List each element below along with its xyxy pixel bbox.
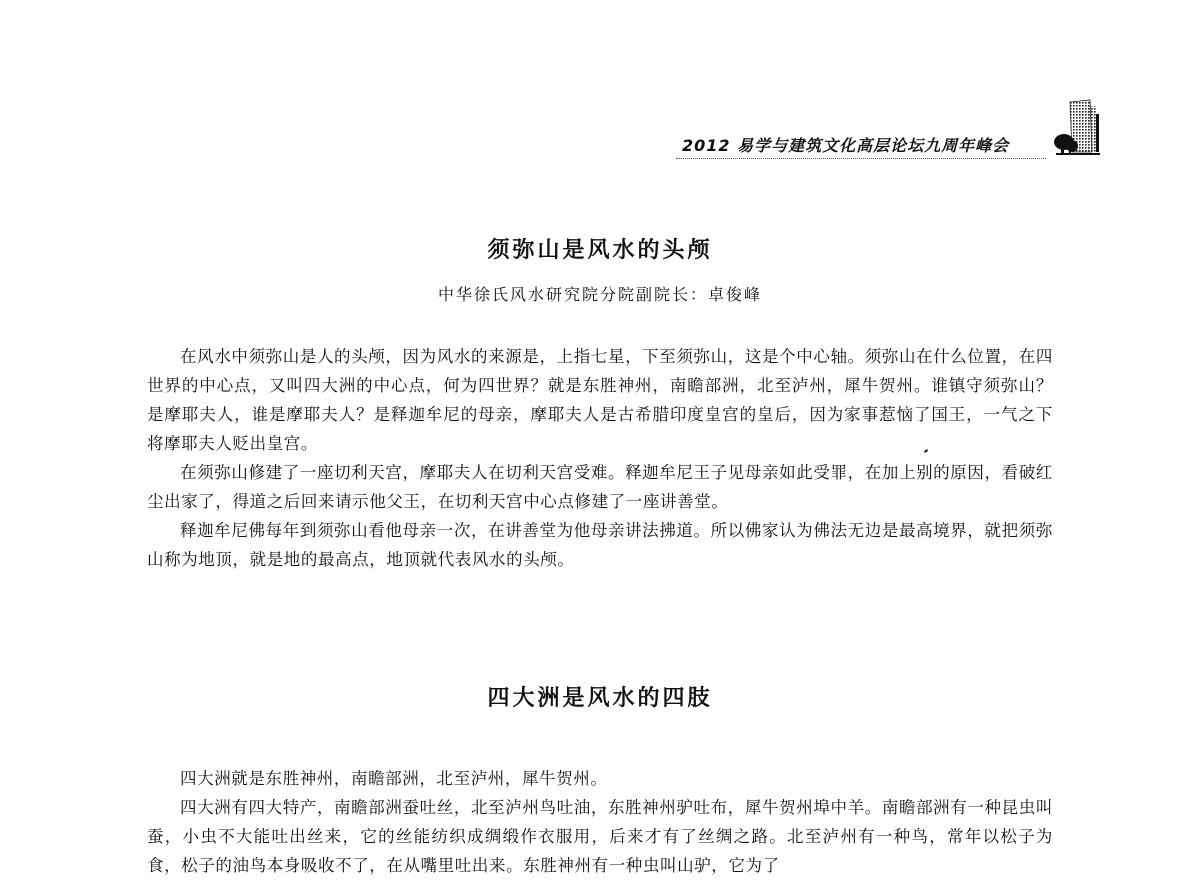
- paragraph: 四大洲就是东胜神州，南瞻部洲，北至泸州，犀牛贺州。: [147, 764, 1053, 793]
- running-header-text: 2012 易学与建筑文化高层论坛九周年峰会: [682, 133, 1009, 156]
- paragraph: 在风水中须弥山是人的头颅，因为风水的来源是，上指七星，下至须弥山，这是个中心轴。…: [147, 342, 1053, 458]
- section-title: 四大洲是风水的四肢: [0, 681, 1200, 712]
- section-body: 在风水中须弥山是人的头颅，因为风水的来源是，上指七星，下至须弥山，这是个中心轴。…: [147, 342, 1053, 574]
- paragraph: 四大洲有四大特产，南瞻部洲蚕吐丝，北至泸州鸟吐油，东胜神州驴吐布，犀牛贺州埠中羊…: [147, 793, 1053, 880]
- paragraph: 在须弥山修建了一座切利天宫，摩耶夫人在切利天宫受难。释迦牟尼王子见母亲如此受罪，…: [147, 458, 1053, 516]
- section-title: 须弥山是风水的头颅: [0, 233, 1200, 264]
- running-header: 2012 易学与建筑文化高层论坛九周年峰会: [676, 128, 1046, 159]
- author-byline: 中华徐氏风水研究院分院副院长：卓俊峰: [0, 282, 1200, 305]
- paragraph: 释迦牟尼佛每年到须弥山看他母亲一次，在讲善堂为他母亲讲法拂道。所以佛家认为佛法无…: [147, 516, 1053, 574]
- section-body: 四大洲就是东胜神州，南瞻部洲，北至泸州，犀牛贺州。 四大洲有四大特产，南瞻部洲蚕…: [147, 764, 1053, 880]
- building-tree-emblem-icon: [1052, 96, 1102, 156]
